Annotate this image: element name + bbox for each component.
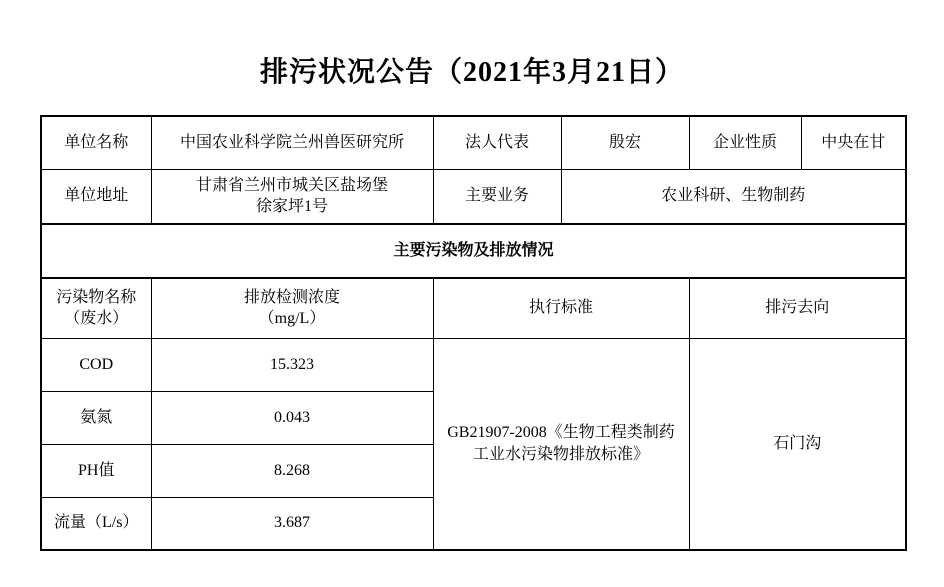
pollutant-name-header-cell: 污染物名称 （废水）: [41, 278, 151, 338]
section-header-row: 主要污染物及排放情况: [41, 224, 906, 278]
pollutant-name-cell: 氨氮: [41, 391, 151, 444]
pollutant-value-cell: 15.323: [151, 338, 433, 391]
unit-address-line2: 徐家坪1号: [156, 196, 429, 218]
pollutant-name-cell: PH值: [41, 444, 151, 497]
pollutant-value-cell: 0.043: [151, 391, 433, 444]
legal-rep-cell: 殷宏: [561, 116, 689, 169]
pollutant-row: COD 15.323 GB21907-2008《生物工程类制药 工业水污染物排放…: [41, 338, 906, 391]
pollutant-name-header-line2: （废水）: [46, 308, 147, 330]
unit-name-cell: 中国农业科学院兰州兽医研究所: [151, 116, 433, 169]
destination-value-cell: 石门沟: [689, 338, 906, 550]
section-header-cell: 主要污染物及排放情况: [41, 224, 906, 278]
pollutant-name-cell: COD: [41, 338, 151, 391]
business-label-cell: 主要业务: [433, 169, 561, 224]
pollutant-name-header-line1: 污染物名称: [46, 287, 147, 309]
pollutant-name-cell: 流量（L/s）: [41, 497, 151, 550]
pollutant-header-row: 污染物名称 （废水） 排放检测浓度 （mg/L） 执行标准 排污去向: [41, 278, 906, 338]
concentration-header-line2: （mg/L）: [156, 308, 429, 330]
standard-value-cell: GB21907-2008《生物工程类制药 工业水污染物排放标准》: [433, 338, 689, 550]
concentration-header-cell: 排放检测浓度 （mg/L）: [151, 278, 433, 338]
business-cell: 农业科研、生物制药: [561, 169, 906, 224]
destination-header-cell: 排污去向: [689, 278, 906, 338]
legal-rep-label-cell: 法人代表: [433, 116, 561, 169]
enterprise-type-cell: 中央在甘: [801, 116, 906, 169]
pollutant-value-cell: 8.268: [151, 444, 433, 497]
concentration-header-line1: 排放检测浓度: [156, 287, 429, 309]
unit-address-cell: 甘肃省兰州市城关区盐场堡 徐家坪1号: [151, 169, 433, 224]
info-row-2: 单位地址 甘肃省兰州市城关区盐场堡 徐家坪1号 主要业务 农业科研、生物制药: [41, 169, 906, 224]
pollutant-value-cell: 3.687: [151, 497, 433, 550]
standard-value-line1: GB21907-2008《生物工程类制药: [438, 422, 685, 444]
unit-address-label-cell: 单位地址: [41, 169, 151, 224]
enterprise-type-label-cell: 企业性质: [689, 116, 801, 169]
page-title: 排污状况公告（2021年3月21日）: [0, 50, 944, 90]
standard-value-line2: 工业水污染物排放标准》: [438, 444, 685, 466]
unit-name-label-cell: 单位名称: [41, 116, 151, 169]
announcement-table: 单位名称 中国农业科学院兰州兽医研究所 法人代表 殷宏 企业性质 中央在甘 单位…: [40, 115, 907, 551]
standard-header-cell: 执行标准: [433, 278, 689, 338]
unit-address-line1: 甘肃省兰州市城关区盐场堡: [156, 175, 429, 197]
info-row-1: 单位名称 中国农业科学院兰州兽医研究所 法人代表 殷宏 企业性质 中央在甘: [41, 116, 906, 169]
